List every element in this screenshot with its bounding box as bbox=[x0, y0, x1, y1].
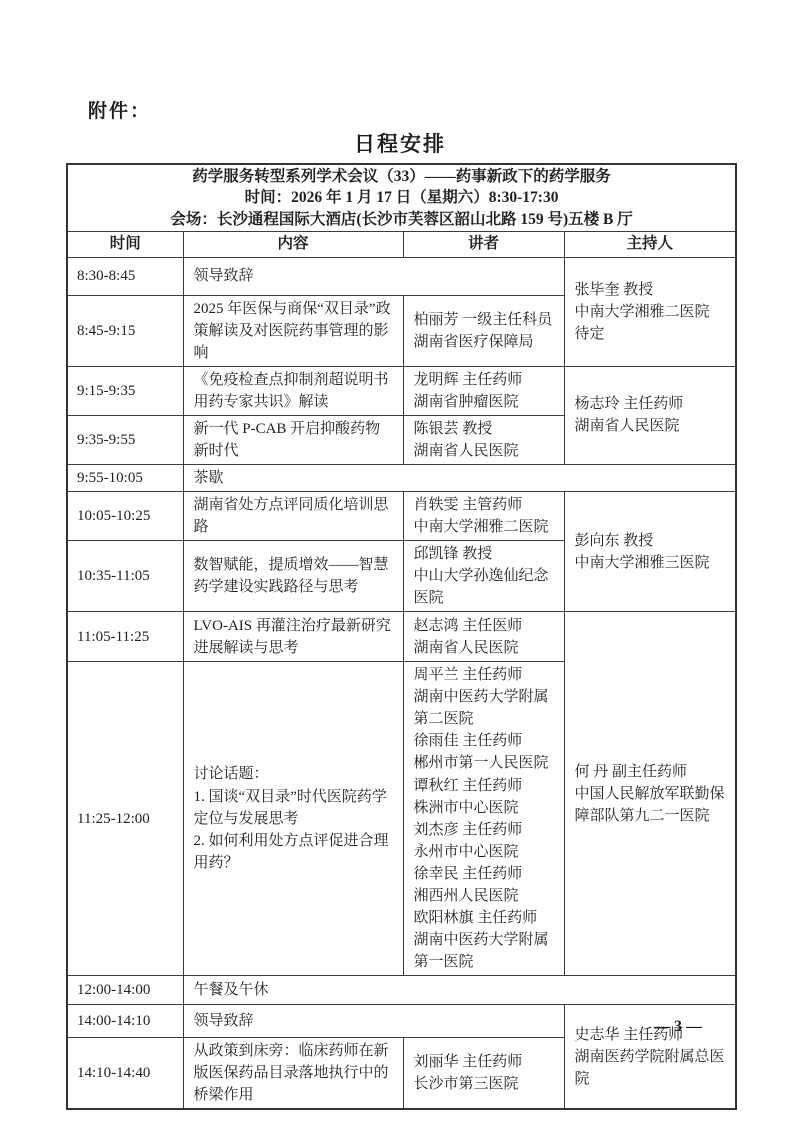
session-time: 9:35-9:55 bbox=[67, 415, 183, 464]
table-title-row: 药学服务转型系列学术会议（33）——药事新政下的药学服务 时间：2026 年 1… bbox=[67, 164, 736, 231]
col-header-speaker: 讲者 bbox=[403, 231, 564, 257]
table-row: 8:30-8:45 领导致辞 张毕奎 教授 中南大学湘雅二医院 待定 bbox=[67, 257, 736, 295]
session-content: 领导致辞 bbox=[183, 257, 564, 295]
col-header-content: 内容 bbox=[183, 231, 403, 257]
session-content: 数智赋能，提质增效——智慧药学建设实践路径与思考 bbox=[183, 541, 403, 612]
session-time: 10:05-10:25 bbox=[67, 492, 183, 541]
session-time: 8:30-8:45 bbox=[67, 257, 183, 295]
conference-venue: 会场：长沙通程国际大酒店(长沙市芙蓉区韶山北路 159 号)五楼 B 厅 bbox=[72, 209, 731, 230]
table-row: 11:05-11:25 LVO-AIS 再灌注治疗最新研究进展解读与思考 赵志鸿… bbox=[67, 612, 736, 662]
session-content: LVO-AIS 再灌注治疗最新研究进展解读与思考 bbox=[183, 612, 403, 662]
session-speaker: 赵志鸿 主任医师 湖南省人民医院 bbox=[403, 612, 564, 662]
col-header-moderator: 主持人 bbox=[564, 231, 736, 257]
session-speaker: 龙明辉 主任药师 湖南省肿瘤医院 bbox=[403, 366, 564, 415]
session-content: 讨论话题： 1. 国谈“双目录”时代医院药学定位与发展思考 2. 如何利用处方点… bbox=[183, 662, 403, 976]
table-row: 10:05-10:25 湖南省处方点评同质化培训思路 肖轶雯 主管药师 中南大学… bbox=[67, 492, 736, 541]
page-number: — 3 — bbox=[618, 1018, 738, 1036]
session-speaker: 肖轶雯 主管药师 中南大学湘雅二医院 bbox=[403, 492, 564, 541]
col-header-time: 时间 bbox=[67, 231, 183, 257]
agenda-table: 药学服务转型系列学术会议（33）——药事新政下的药学服务 时间：2026 年 1… bbox=[66, 163, 737, 1110]
session-content: 从政策到床旁：临床药师在新版医保药品目录落地执行中的桥梁作用 bbox=[183, 1037, 403, 1109]
session-time: 12:00-14:00 bbox=[67, 975, 183, 1004]
session-time: 9:15-9:35 bbox=[67, 366, 183, 415]
session-moderator: 彭向东 教授 中南大学湘雅三医院 bbox=[564, 492, 736, 612]
table-title-cell: 药学服务转型系列学术会议（33）——药事新政下的药学服务 时间：2026 年 1… bbox=[67, 164, 736, 231]
session-moderator: 杨志玲 主任药师 湖南省人民医院 bbox=[564, 366, 736, 464]
session-time: 11:25-12:00 bbox=[67, 662, 183, 976]
page-title: 日程安排 bbox=[0, 128, 800, 158]
session-content: 领导致辞 bbox=[183, 1004, 564, 1037]
session-content: 《免疫检查点抑制剂超说明书用药专家共识》解读 bbox=[183, 366, 403, 415]
document-page: 附件： 日程安排 药学服务转型系列学术会议（33）——药事新政下的药学服务 时间… bbox=[0, 0, 800, 1130]
session-time: 14:00-14:10 bbox=[67, 1004, 183, 1037]
session-moderator: 何 丹 副主任药师 中国人民解放军联勤保障部队第九二一医院 bbox=[564, 612, 736, 976]
table-row: 12:00-14:00 午餐及午休 bbox=[67, 975, 736, 1004]
session-content: 新一代 P-CAB 开启抑酸药物新时代 bbox=[183, 415, 403, 464]
session-speaker: 柏丽芳 一级主任科员 湖南省医疗保障局 bbox=[403, 295, 564, 366]
session-speaker: 刘丽华 主任药师 长沙市第三医院 bbox=[403, 1037, 564, 1109]
session-time: 14:10-14:40 bbox=[67, 1037, 183, 1109]
session-speaker: 邱凯锋 教授 中山大学孙逸仙纪念医院 bbox=[403, 541, 564, 612]
session-speaker: 陈银芸 教授 湖南省人民医院 bbox=[403, 415, 564, 464]
session-time: 8:45-9:15 bbox=[67, 295, 183, 366]
session-time: 10:35-11:05 bbox=[67, 541, 183, 612]
session-content: 2025 年医保与商保“双目录”政策解读及对医院药事管理的影响 bbox=[183, 295, 403, 366]
conference-datetime: 时间：2026 年 1 月 17 日（星期六）8:30-17:30 bbox=[72, 187, 731, 208]
session-content: 湖南省处方点评同质化培训思路 bbox=[183, 492, 403, 541]
session-moderator: 张毕奎 教授 中南大学湘雅二医院 待定 bbox=[564, 257, 736, 366]
session-time: 11:05-11:25 bbox=[67, 612, 183, 662]
conference-title: 药学服务转型系列学术会议（33）——药事新政下的药学服务 bbox=[72, 166, 731, 187]
session-content: 午餐及午休 bbox=[183, 975, 736, 1004]
table-row: 9:15-9:35 《免疫检查点抑制剂超说明书用药专家共识》解读 龙明辉 主任药… bbox=[67, 366, 736, 415]
session-speaker: 周平兰 主任药师 湖南中医药大学附属第二医院 徐雨佳 主任药师 郴州市第一人民医… bbox=[403, 662, 564, 976]
attachment-label: 附件： bbox=[88, 96, 151, 123]
session-content: 茶歇 bbox=[183, 465, 736, 492]
table-row: 9:55-10:05 茶歇 bbox=[67, 465, 736, 492]
session-time: 9:55-10:05 bbox=[67, 465, 183, 492]
column-header-row: 时间 内容 讲者 主持人 bbox=[67, 231, 736, 257]
